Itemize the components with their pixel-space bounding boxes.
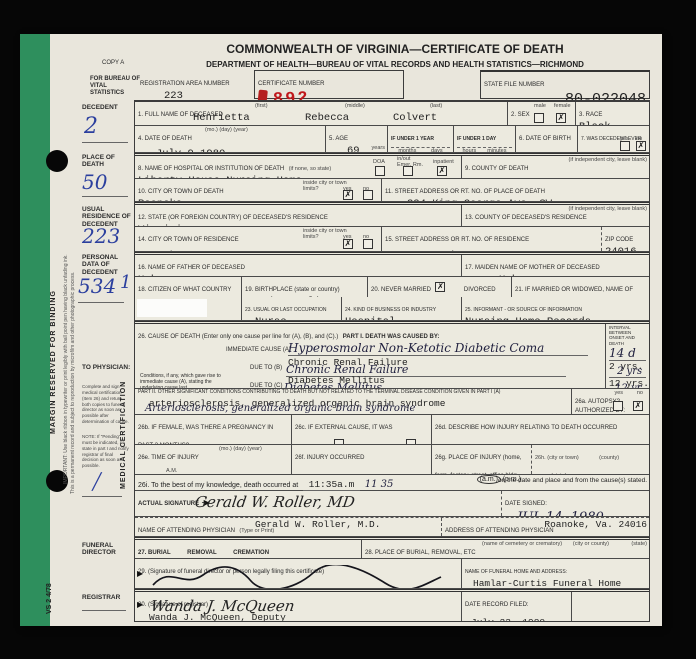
injury-city-sub: 26h. (city or town) [535, 455, 579, 461]
to-physician-label: TO PHYSICIAN: [82, 364, 132, 371]
field-sex: 2. SEX male female ✗ [507, 102, 575, 125]
zip-label: ZIP CODE [605, 237, 633, 243]
field-residence-street: 15. STREET ADDRESS OR RT. NO. OF RESIDEN… [381, 227, 601, 251]
cemetery-sub: (name of cemetery or crematory) [482, 541, 562, 547]
row-citizen: 18. CITIZEN OF WHAT COUNTRY U.S.A. 19. B… [135, 277, 649, 297]
funeral-home-label: NAME OF FUNERAL HOME AND ADDRESS: [465, 569, 567, 575]
residence-city-value: Roanoke [138, 250, 378, 251]
external-cause-label: 26c. IF EXTERNAL CAUSE, IT WAS [295, 425, 392, 431]
residence-state-value: Virginia [138, 224, 458, 226]
certificate-title: COMMONWEALTH OF VIRGINIA—CERTIFICATE OF … [150, 42, 640, 56]
father-label: 16. NAME OF FATHER OF DECEASED [138, 265, 245, 271]
interval-c-handwritten: 12 yr [615, 383, 641, 388]
sex-male-checkbox [534, 113, 544, 123]
field-redacted [135, 297, 241, 320]
age-label: 5. AGE [329, 136, 348, 142]
first-sub: (first) [255, 103, 268, 109]
row-cause-of-death: 26. CAUSE OF DEATH (Enter only one cause… [135, 321, 649, 389]
section-label-decedent: DECEDENT [82, 104, 132, 111]
section-label-funeral-director: FUNERAL DIRECTOR [82, 542, 132, 557]
mdy-sub: (mo.) (day) (year) [219, 446, 262, 452]
residence-limits-label: inside city or town limits? [303, 228, 363, 240]
certificate-header: COMMONWEALTH OF VIRGINIA—CERTIFICATE OF … [150, 42, 640, 69]
row-residence-city: 14. CITY OR TOWN OF RESIDENCE Roanoke in… [135, 227, 649, 252]
row-part2: PART II. OTHER SIGNIFICANT CONDITIONS CO… [135, 389, 649, 415]
autopsy-no-label: no [637, 390, 643, 396]
residence-county-label: 13. COUNTY OF DECEASED'S RESIDENCE [465, 215, 587, 221]
time-injury-label: 26e. TIME OF INJURY [138, 455, 199, 461]
field-date-signed: DATE SIGNED: JUL 14, 1980 [501, 491, 649, 516]
row-burial: 27. BURIAL REMOVAL CREMATION ✗ 28. PLACE… [135, 537, 649, 559]
row-city-of-death: 10. CITY OR TOWN OF DEATH Roanoke inside… [135, 179, 649, 202]
form-grid: 1. FULL NAME OF DECEASED (first) (middle… [134, 100, 650, 622]
business-label: 24. KIND OF BUSINESS OR INDUSTRY [345, 307, 436, 313]
date-filed-label: DATE RECORD FILED: [465, 602, 529, 608]
field-mother: 17. MAIDEN NAME OF MOTHER OF DECEASED Un… [461, 255, 649, 276]
last-sub: (last) [430, 103, 442, 109]
field-burial-type: 27. BURIAL REMOVAL CREMATION ✗ [135, 540, 361, 558]
handwritten-code-residence: 223 [82, 224, 120, 248]
funeral-signature-arrow-icon: ▶ [137, 569, 143, 578]
redaction-whiteout [137, 299, 207, 317]
part1-label: PART I. DEATH WAS CAUSED BY: [343, 334, 440, 340]
field-business: 24. KIND OF BUSINESS OR INDUSTRY Hospita… [341, 297, 461, 320]
cause-c-handwritten: Diabetes Mellitus [284, 381, 524, 388]
race-value: Black [579, 121, 646, 125]
middle-sub: (middle) [345, 103, 365, 109]
describe-injury-label: 26d. DESCRIBE HOW INJURY RELATING TO DEA… [435, 425, 617, 431]
zip-value: 24016 [605, 246, 646, 251]
section-label-place-of-death: PLACE OF DEATH [82, 154, 132, 169]
inpatient-label: inpatient [433, 159, 454, 165]
field-residence-state: 12. STATE (OR FOREIGN COUNTRY) OF DECEAS… [135, 205, 461, 226]
actual-signature-label: ACTUAL SIGNATURE [138, 501, 199, 507]
under-year-label: IF UNDER 1 YEAR [391, 136, 434, 142]
field-marital-status: 20. NEVER MARRIED ✗ DIVORCED MARRIED WID… [367, 277, 511, 297]
field-injury-city-county-state: 26h. (city or town) (county) (state) [531, 445, 649, 474]
place-injury-label: 26g. PLACE OF INJURY (home, farm, factor… [435, 455, 521, 474]
handwritten-code-place: 50 [82, 170, 107, 194]
field-cause-of-death: 26. CAUSE OF DEATH (Enter only one cause… [135, 324, 605, 388]
minutes-sub: minutes [487, 148, 506, 152]
to-physician-note-2: NOTE: If "Pending" must be indicated, so… [82, 434, 130, 469]
autopsy-yes-label: yes [614, 390, 623, 396]
field-birthplace: 19. BIRTHPLACE (state or country) North … [241, 277, 367, 297]
rule [78, 302, 124, 303]
row-physician-name: NAME OF ATTENDING PHYSICIAN (Type or Pri… [135, 517, 649, 537]
handwritten-code-personal: 534 [78, 274, 116, 298]
section-label-registrar: REGISTRAR [82, 594, 134, 601]
field-under-one-year: IF UNDER 1 YEAR months days [387, 126, 453, 152]
row-registrar: 30. (Signature of registrar) ▶ Wanda J. … [135, 589, 649, 621]
dod-sub: (mo.) (day) (year) [205, 127, 248, 133]
mother-label: 17. MAIDEN NAME OF MOTHER OF DECEASED [465, 265, 600, 271]
certificate-paper: MARGIN RESERVED FOR BINDING IMPORTANT: U… [20, 34, 662, 626]
primary-checkbox [334, 439, 344, 444]
physician-name-label: NAME OF ATTENDING PHYSICIAN [138, 528, 235, 534]
margin-important-note-2: This is a permanent record and subject t… [70, 164, 76, 494]
pregnancy-label: 26b. IF FEMALE, WAS THERE A PREGNANCY IN… [138, 425, 273, 444]
removal-label: REMOVAL [187, 550, 217, 556]
funeral-director-signature [147, 565, 447, 588]
field-date-of-death: 4. DATE OF DEATH (mo.) (day) (year) July… [135, 126, 325, 152]
field-place-of-injury: 26g. PLACE OF INJURY (home, farm, factor… [431, 445, 531, 474]
registrar-signature-arrow-icon: ▶ [137, 600, 143, 609]
residence-limits-yes-checkbox: ✗ [343, 239, 353, 249]
hospital-label: 8. NAME OF HOSPITAL OR INSTITUTION OF DE… [138, 166, 284, 172]
dod-value: July 9,1980 [156, 148, 322, 152]
field-residence-city: 14. CITY OR TOWN OF RESIDENCE Roanoke in… [135, 227, 381, 251]
field-interval-column: INTERVAL BETWEEN ONSET AND DEATH 14 d 2 … [605, 324, 649, 388]
row-death-date: 4. DATE OF DEATH (mo.) (day) (year) July… [135, 126, 649, 153]
copy-label: COPY A [102, 60, 124, 67]
field-armed-forces: 7. WAS DECEDENT EVER IN U.S. ARMED FORCE… [577, 126, 649, 152]
sex-female-label: female [554, 103, 571, 109]
residence-city-label: 14. CITY OR TOWN OF RESIDENCE [138, 237, 239, 243]
registration-area-label: REGISTRATION AREA NUMBER [140, 81, 230, 87]
cause-a-handwritten: Hyperosmolar Non-Ketotic Diabetic Coma [288, 341, 588, 356]
row-occupation: 23. USUAL OR LAST OCCUPATION Nurse 24. K… [135, 297, 649, 321]
never-married-checkbox: ✗ [435, 282, 445, 292]
er-checkbox [403, 166, 413, 176]
field-autopsy: 26a. AUTOPSY? AUTHORIZED BY: yes no ✗ [571, 389, 649, 414]
field-full-name: 1. FULL NAME OF DECEASED (first) (middle… [135, 102, 507, 125]
informant-value: Nursing Home Records [465, 316, 646, 320]
hospital-sub: (if none, so state) [289, 166, 332, 172]
field-age: 5. AGE 69 years [325, 126, 387, 152]
inpatient-checkbox: ✗ [437, 166, 447, 176]
physician-name-typed: Gerald W. Roller, M.D. [255, 519, 380, 530]
field-hospital: 8. NAME OF HOSPITAL OR INSTITUTION OF DE… [135, 156, 461, 178]
file-number-bar: REGISTRATION AREA NUMBER 223 CERTIFICATE… [134, 70, 650, 100]
street-death-value: 324 King George Ave. SW [407, 198, 646, 201]
form-number: VS 2 4/78 [46, 529, 53, 614]
handwritten-tick: ╱ [92, 472, 102, 491]
registrar-name-typed: Wanda J. McQueen, Deputy [149, 612, 286, 621]
physician-address-typed: Roanoke, Va. 24016 [544, 519, 647, 530]
field-date-of-birth: 6. DATE OF BIRTH (mo.) (day) (year) 3/4/… [515, 126, 577, 152]
injury-county-sub: (county) [599, 455, 619, 461]
forces-yes-checkbox [620, 141, 630, 151]
field-informant: 25. INFORMANT - OR SOURCE OF INFORMATION… [461, 297, 649, 320]
certificate-number-label: CERTIFICATE NUMBER [258, 81, 324, 87]
residence-street-value: 233 Harrison Ave. NW [399, 250, 598, 251]
field-knowledge-statement: 26i. To the best of my knowledge, death … [135, 473, 649, 493]
residence-limits-no-checkbox [363, 239, 373, 249]
due-to-c-label: DUE TO (C) [250, 383, 282, 388]
contributing-checkbox [406, 439, 416, 444]
field-funeral-home: NAME OF FUNERAL HOME AND ADDRESS: Hamlar… [461, 559, 649, 588]
row-physician-signature: ACTUAL SIGNATURE ▶ Gerald W. Roller, MD … [135, 491, 649, 517]
field-spouse: 21. IF MARRIED OR WIDOWED, NAME OF SPOUS… [511, 277, 649, 297]
row-funeral-signature: 29. (Signature of funeral director or pe… [135, 559, 649, 589]
city-limits-yes-checkbox: ✗ [343, 190, 353, 200]
name-middle: Rebecca [305, 112, 349, 124]
forces-no-checkbox: ✗ [636, 141, 646, 151]
funeral-home-name: Hamlar-Curtis Funeral Home [473, 578, 646, 588]
sex-label: 2. SEX [511, 112, 530, 118]
row-injury: 26e. TIME OF INJURY (mo.) (day) (year) A… [135, 445, 649, 475]
city-limits-no-checkbox [363, 190, 373, 200]
residence-state-label: 12. STATE (OR FOREIGN COUNTRY) OF DECEAS… [138, 215, 328, 221]
cremation-label: CREMATION [233, 550, 269, 556]
mother-value: Unk. [499, 274, 646, 276]
conditions-note: Conditions, if any, which gave rise to i… [140, 374, 226, 388]
interval-b-handwritten: 2 yrs [617, 366, 642, 377]
field-citizen: 18. CITIZEN OF WHAT COUNTRY U.S.A. [135, 277, 241, 297]
field-funeral-signature: 29. (Signature of funeral director or pe… [135, 559, 461, 588]
city-death-value: Roanoke [138, 198, 378, 201]
cause-label: 26. CAUSE OF DEATH (Enter only one cause… [138, 334, 338, 340]
field-describe-injury: 26d. DESCRIBE HOW INJURY RELATING TO DEA… [431, 415, 649, 444]
field-empty-box [571, 592, 649, 621]
field-city-of-death: 10. CITY OR TOWN OF DEATH Roanoke inside… [135, 179, 381, 201]
interval-a-handwritten: 14 d [609, 346, 646, 361]
death-time-handwritten: 11 35 [365, 479, 394, 490]
state-file-box: STATE FILE NUMBER 80-022048 [480, 70, 650, 99]
city-limits-label: inside city or town limits? [303, 180, 363, 192]
age-unit: years [372, 145, 385, 151]
field-race: 3. RACE Black [575, 102, 649, 125]
state-file-label: STATE FILE NUMBER [484, 82, 544, 88]
to-physician-note: Complete and sign medical certification … [82, 384, 130, 425]
field-physician-signature: ACTUAL SIGNATURE ▶ Gerald W. Roller, MD [135, 491, 501, 516]
field-external-cause: 26c. IF EXTERNAL CAUSE, IT WAS PRIMARY A… [291, 415, 431, 444]
burial-state-sub: (state) [631, 541, 647, 547]
never-married-label: 20. NEVER MARRIED [371, 287, 431, 293]
knowledge-tail: on the date and place and from the cause… [498, 477, 647, 484]
under-day-label: IF UNDER 1 DAY [457, 136, 496, 142]
part2-label: PART II. OTHER SIGNIFICANT CONDITIONS CO… [138, 390, 518, 396]
due-to-b-label: DUE TO (B) [250, 365, 282, 372]
knowledge-label: 26i. To the best of my knowledge, death … [138, 482, 298, 489]
burial-city-sub: (city or county) [573, 541, 609, 547]
burial-label: 27. BURIAL [138, 550, 171, 556]
field-pregnancy: 26b. IF FEMALE, WAS THERE A PREGNANCY IN… [135, 415, 291, 444]
autopsy-no-checkbox: ✗ [633, 401, 643, 411]
birthplace-label: 19. BIRTHPLACE (state or country) [245, 287, 340, 293]
days-sub: days [431, 148, 443, 152]
city-death-label: 10. CITY OR TOWN OF DEATH [138, 189, 224, 195]
divorced-label: DIVORCED [464, 287, 496, 293]
field-time-of-injury: 26e. TIME OF INJURY (mo.) (day) (year) A… [135, 445, 291, 474]
rule [82, 610, 126, 611]
county-death-sub: (if independent city, leave blank) [569, 157, 647, 163]
row-hospital: 8. NAME OF HOSPITAL OR INSTITUTION OF DE… [135, 153, 649, 179]
physician-address-label: ADDRESS OF ATTENDING PHYSICIAN [445, 528, 554, 534]
injury-occurred-label: 26f. INJURY OCCURRED [295, 455, 364, 461]
handwritten-code-decedent: 2 [84, 114, 98, 139]
field-registrar-signature: 30. (Signature of registrar) ▶ Wanda J. … [135, 592, 461, 621]
field-residence-county: 13. COUNTY OF DECEASED'S RESIDENCE (if i… [461, 205, 649, 226]
name-last: Colvert [393, 112, 437, 124]
doa-label: DOA [373, 159, 385, 165]
dod-label: 4. DATE OF DEATH [138, 136, 192, 142]
field-physician-name: NAME OF ATTENDING PHYSICIAN (Type or Pri… [135, 518, 441, 536]
handwritten-code-personal-2: 1 [120, 272, 131, 293]
physician-signature: Gerald W. Roller, MD [194, 493, 356, 511]
months-sub: months [398, 148, 416, 152]
field-physician-address: ADDRESS OF ATTENDING PHYSICIAN Roanoke, … [441, 518, 649, 536]
sex-female-checkbox: ✗ [556, 113, 566, 123]
sex-male-label: male [534, 103, 546, 109]
hours-sub: hours [462, 148, 476, 152]
scanned-death-certificate: MARGIN RESERVED FOR BINDING IMPORTANT: U… [0, 0, 696, 659]
death-time-typed: 11:35a.m [303, 479, 361, 491]
row-knowledge-statement: 26i. To the best of my knowledge, death … [135, 475, 649, 491]
autopsy-yes-checkbox [613, 401, 623, 411]
occupation-value: Nurse [255, 316, 338, 320]
date-filed-value: July 23, 1980 [471, 617, 568, 621]
father-value: Unk. [138, 274, 458, 276]
name-first: Henrietta [193, 112, 250, 124]
field-street-of-death: 11. STREET ADDRESS OR RT. NO. OF PLACE O… [381, 179, 649, 201]
spouse-label: 21. IF MARRIED OR WIDOWED, NAME OF SPOUS… [515, 287, 633, 297]
field-injury-occurred: 26f. INJURY OCCURRED while at work not w… [291, 445, 431, 474]
county-death-label: 9. COUNTY OF DEATH [465, 166, 528, 172]
doa-checkbox [375, 166, 385, 176]
part2-handwritten: Arteriosclerosis, generalized organic br… [145, 403, 545, 414]
residence-street-label: 15. STREET ADDRESS OR RT. NO. OF RESIDEN… [385, 237, 529, 243]
field-county-of-death: 9. COUNTY OF DEATH (if independent city,… [461, 156, 649, 178]
field-occupation: 23. USUAL OR LAST OCCUPATION Nurse [241, 297, 341, 320]
citizen-label: 18. CITIZEN OF WHAT COUNTRY [138, 287, 231, 293]
interval-header: INTERVAL BETWEEN ONSET AND DEATH [609, 325, 646, 346]
race-label: 3. RACE [579, 112, 602, 118]
forces-label: 7. WAS DECEDENT EVER IN U.S. ARMED FORCE… [581, 136, 642, 152]
rule [82, 496, 122, 497]
immediate-cause-label: IMMEDIATE CAUSE (A) [226, 347, 291, 354]
date-signed-handwritten: JUL 14, 1980 [517, 510, 646, 516]
field-under-one-day: IF UNDER 1 DAY hours minutes [453, 126, 515, 152]
certificate-number-box: CERTIFICATE NUMBER 892 [254, 70, 404, 99]
informant-label: 25. INFORMANT - OR SOURCE OF INFORMATION [465, 307, 582, 313]
place-of-burial-label: 28. PLACE OF BURIAL, REMOVAL, ETC [365, 550, 476, 556]
residence-county-sub: (if independent city, leave blank) [569, 206, 647, 212]
bureau-label: FOR BUREAU OF VITAL STATISTICS [90, 76, 140, 97]
field-place-of-burial: 28. PLACE OF BURIAL, REMOVAL, ETC (name … [361, 540, 649, 558]
registration-area: REGISTRATION AREA NUMBER 223 [140, 72, 252, 102]
field-part2: PART II. OTHER SIGNIFICANT CONDITIONS CO… [135, 389, 571, 414]
row-parents: 16. NAME OF FATHER OF DECEASED Unk. 17. … [135, 252, 649, 277]
field-father: 16. NAME OF FATHER OF DECEASED Unk. [135, 255, 461, 276]
field-zip: ZIP CODE 24016 [601, 227, 649, 251]
row-pregnancy: 26b. IF FEMALE, WAS THERE A PREGNANCY IN… [135, 415, 649, 445]
street-death-label: 11. STREET ADDRESS OR RT. NO. OF PLACE O… [385, 189, 545, 195]
margin-important-note-1: IMPORTANT: Use black ribbon in typewrite… [63, 154, 69, 484]
row-name: 1. FULL NAME OF DECEASED (first) (middle… [135, 102, 649, 126]
rule [82, 142, 128, 143]
rule [82, 196, 128, 197]
dob-label: 6. DATE OF BIRTH [519, 136, 571, 142]
field-date-filed: DATE RECORD FILED: July 23, 1980 [461, 592, 571, 621]
occupation-label: 23. USUAL OR LAST OCCUPATION [245, 307, 327, 313]
date-signed-label: DATE SIGNED: [505, 501, 547, 507]
margin-binding-label: MARGIN RESERVED FOR BINDING [50, 164, 57, 434]
business-value: Hospital [345, 316, 458, 320]
certificate-subtitle: DEPARTMENT OF HEALTH—BUREAU OF VITAL REC… [150, 60, 640, 69]
row-residence-state: 12. STATE (OR FOREIGN COUNTRY) OF DECEAS… [135, 202, 649, 227]
